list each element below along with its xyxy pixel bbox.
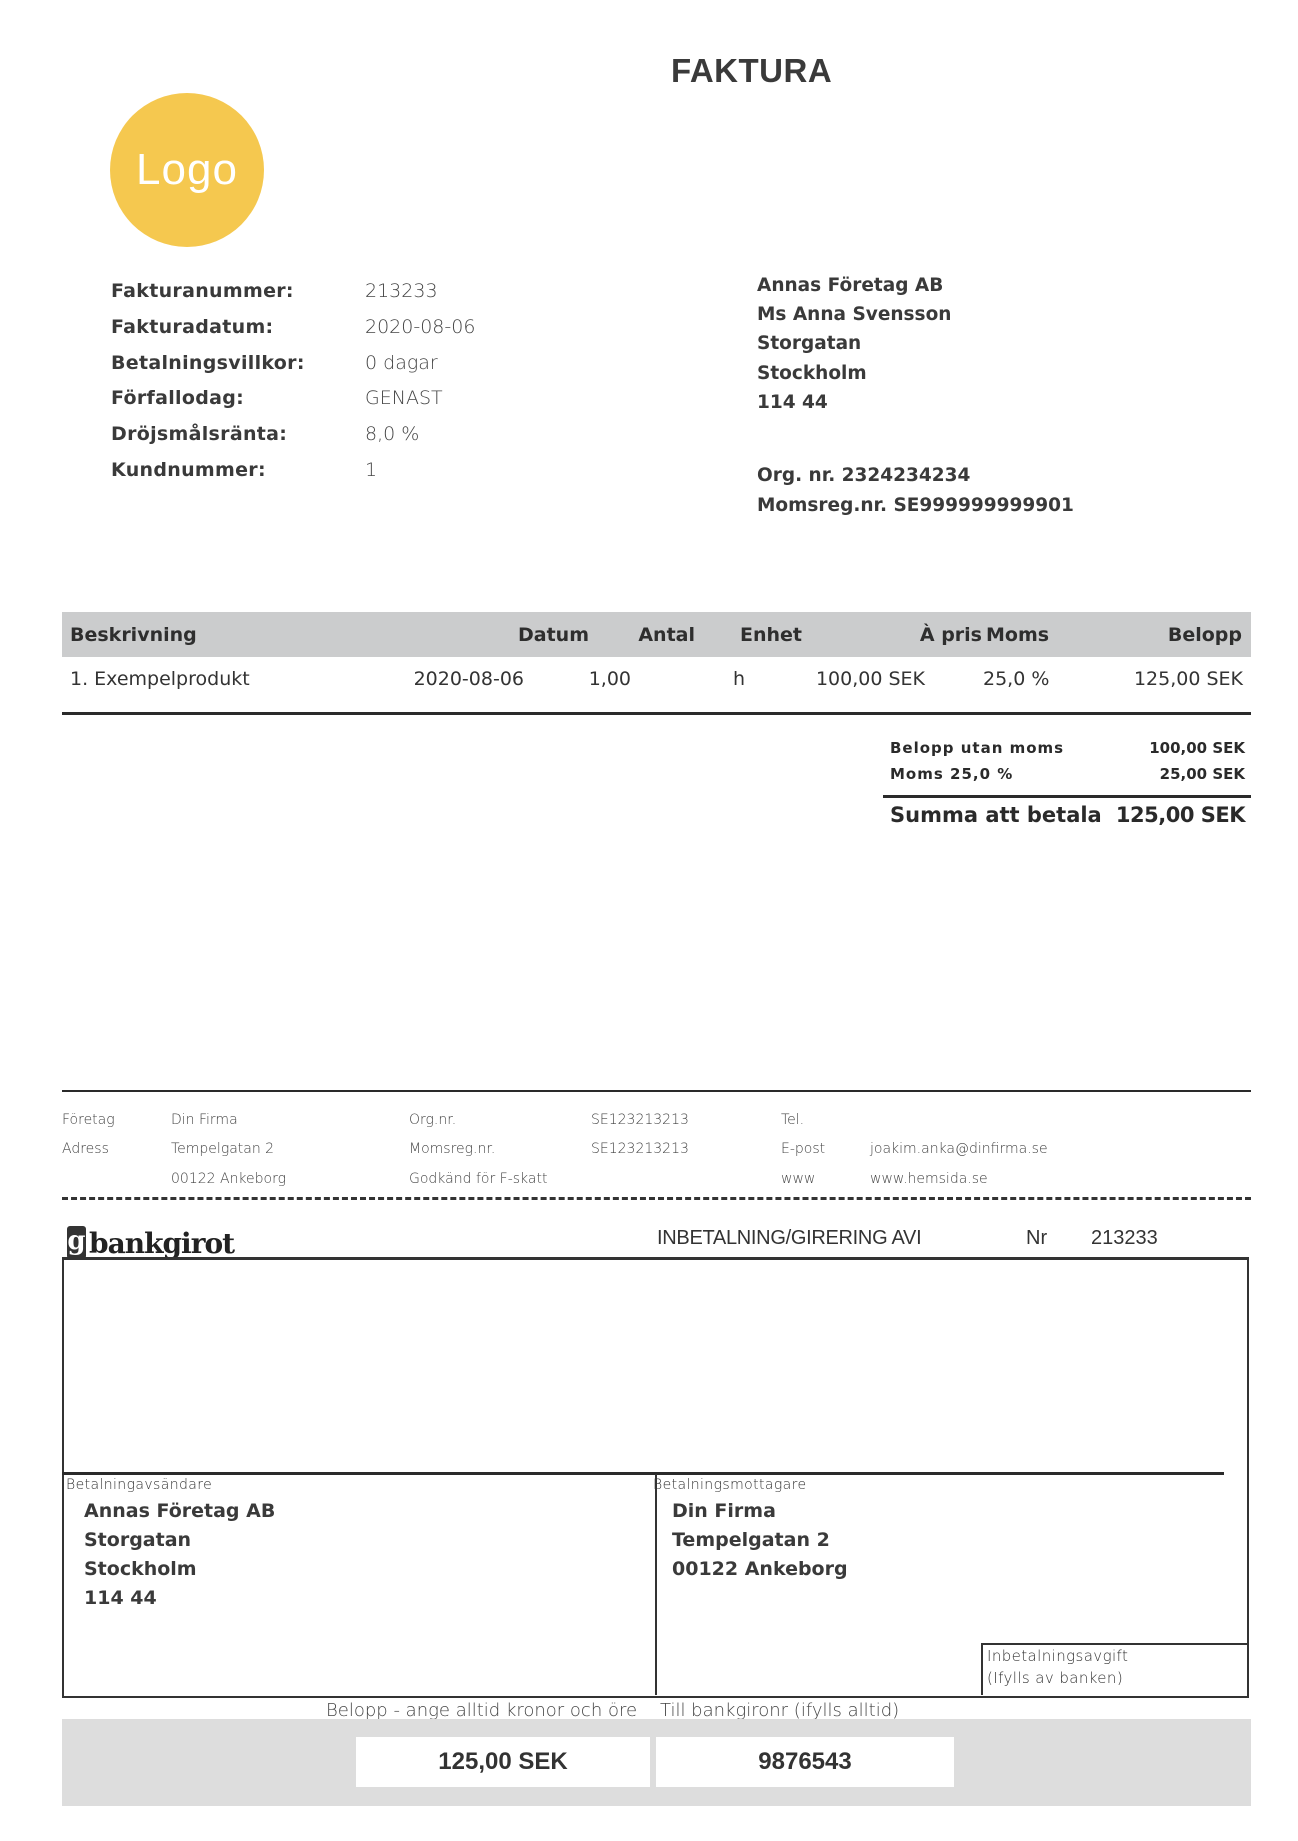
footer-org: SE123213213 [591, 1112, 689, 1128]
sender-line: Stockholm [84, 1558, 197, 1580]
footer-email-label: E-post [781, 1141, 825, 1157]
info-value: 0 dagar [365, 352, 438, 374]
company-logo: Logo [110, 93, 264, 247]
info-label: Kundnummer: [111, 459, 266, 481]
info-row-due-date: Förfallodag: GENAST [111, 387, 631, 423]
sender-line: Annas Företag AB [84, 1500, 275, 1522]
totals-rule [883, 795, 1251, 798]
cell-description: 1. Exempelprodukt [70, 668, 250, 690]
footer-tel-label: Tel. [781, 1112, 804, 1128]
cell-vat: 25,0 % [983, 668, 1049, 690]
info-value: 213233 [365, 280, 438, 302]
cell-quantity: 1,00 [589, 668, 631, 690]
info-value: GENAST [365, 387, 443, 409]
column-header-unit-price: À pris [920, 624, 982, 646]
subtotal-label: Belopp utan moms [890, 739, 1064, 757]
info-value: 8,0 % [365, 423, 419, 445]
info-row-customer-number: Kundnummer: 1 [111, 459, 631, 495]
column-header-unit: Enhet [740, 624, 802, 646]
slip-title: INBETALNING/GIRERING AVI [657, 1227, 921, 1250]
vat-label: Moms 25,0 % [890, 765, 1013, 783]
slip-vertical-divider [655, 1474, 657, 1695]
amount-value: 125,00 SEK [438, 1748, 567, 1776]
footer-address-label: Adress [62, 1141, 109, 1157]
footer-company-label: Företag [62, 1112, 115, 1128]
bankgirot-logo: g bankgirot [67, 1225, 234, 1259]
bankgiro-number-field: 9876543 [656, 1737, 954, 1787]
footer-www-label: www [781, 1171, 815, 1187]
recipient-line: Stockholm [757, 363, 867, 384]
receiver-line: Tempelgatan 2 [672, 1529, 830, 1551]
footer-company: Din Firma [171, 1112, 238, 1128]
slip-number-label: Nr [1026, 1227, 1047, 1250]
recipient-org-nr: Org. nr. 2324234234 [757, 465, 970, 486]
total-label: Summa att betala [890, 803, 1102, 827]
payment-fee-box: Inbetalningsavgift (Ifylls av banken) [981, 1643, 1247, 1695]
bankgirot-wordmark: bankgirot [89, 1229, 234, 1259]
bankgirot-mark-icon: g [67, 1226, 86, 1259]
receiver-caption: Betalningsmottagare [653, 1477, 806, 1493]
recipient-line: Ms Anna Svensson [757, 304, 951, 325]
cell-unit-price: 100,00 SEK [816, 668, 925, 690]
slip-divider [62, 1472, 1224, 1475]
recipient-line: Annas Företag AB [757, 275, 943, 296]
vat-value: 25,00 SEK [1160, 765, 1245, 783]
cut-line [62, 1197, 1251, 1200]
recipient-line: Storgatan [757, 333, 861, 354]
footer-vat-label: Momsreg.nr. [409, 1141, 495, 1157]
info-label: Betalningsvillkor: [111, 352, 305, 374]
column-header-amount: Belopp [1168, 624, 1242, 646]
receiver-line: Din Firma [672, 1500, 776, 1522]
receiver-line: 00122 Ankeborg [672, 1558, 848, 1580]
bankgiro-number: 9876543 [758, 1748, 851, 1776]
fee-caption: Inbetalningsavgift [987, 1647, 1128, 1665]
recipient-line: 114 44 [757, 392, 828, 413]
footer-address-1: Tempelgatan 2 [171, 1141, 274, 1157]
sender-line: Storgatan [84, 1529, 191, 1551]
footer-rule [62, 1090, 1251, 1092]
cell-amount: 125,00 SEK [1134, 668, 1243, 690]
footer-email[interactable]: joakim.anka@dinfirma.se [870, 1141, 1048, 1157]
info-row-payment-terms: Betalningsvillkor: 0 dagar [111, 352, 631, 388]
column-header-vat: Moms [986, 624, 1049, 646]
info-label: Förfallodag: [111, 387, 244, 409]
document-title: FAKTURA [671, 52, 832, 90]
items-table-header: Beskrivning Datum Antal Enhet À pris Mom… [62, 612, 1251, 657]
info-value: 1 [365, 459, 377, 481]
sender-line: 114 44 [84, 1587, 157, 1609]
total-value: 125,00 SEK [1116, 803, 1245, 827]
recipient-vat-nr: Momsreg.nr. SE999999999901 [757, 495, 1074, 516]
info-label: Dröjsmålsränta: [111, 423, 287, 445]
fee-note: (Ifylls av banken) [987, 1669, 1123, 1687]
info-value: 2020-08-06 [365, 316, 475, 338]
cell-unit: h [733, 668, 745, 690]
subtotal-value: 100,00 SEK [1149, 739, 1245, 757]
footer-f-tax: Godkänd för F-skatt [409, 1171, 547, 1187]
info-row-late-interest: Dröjsmålsränta: 8,0 % [111, 423, 631, 459]
slip-number: 213233 [1091, 1227, 1158, 1250]
table-bottom-rule [62, 712, 1251, 715]
bankgiro-caption: Till bankgironr (ifylls alltid) [660, 1700, 899, 1721]
cell-date: 2020-08-06 [414, 668, 524, 690]
column-header-quantity: Antal [638, 624, 695, 646]
column-header-date: Datum [518, 624, 589, 646]
info-row-invoice-date: Fakturadatum: 2020-08-06 [111, 316, 631, 352]
footer-org-label: Org.nr. [409, 1112, 456, 1128]
amount-field: 125,00 SEK [356, 1737, 650, 1787]
column-header-description: Beskrivning [70, 624, 197, 646]
info-label: Fakturanummer: [111, 280, 294, 302]
footer-address-2: 00122 Ankeborg [171, 1171, 286, 1187]
info-row-invoice-number: Fakturanummer: 213233 [111, 280, 631, 316]
amount-caption: Belopp - ange alltid kronor och öre [326, 1700, 637, 1721]
logo-text: Logo [136, 145, 238, 195]
footer-website[interactable]: www.hemsida.se [870, 1171, 988, 1187]
footer-vat: SE123213213 [591, 1141, 689, 1157]
sender-caption: Betalningavsändare [66, 1477, 212, 1493]
info-label: Fakturadatum: [111, 316, 273, 338]
